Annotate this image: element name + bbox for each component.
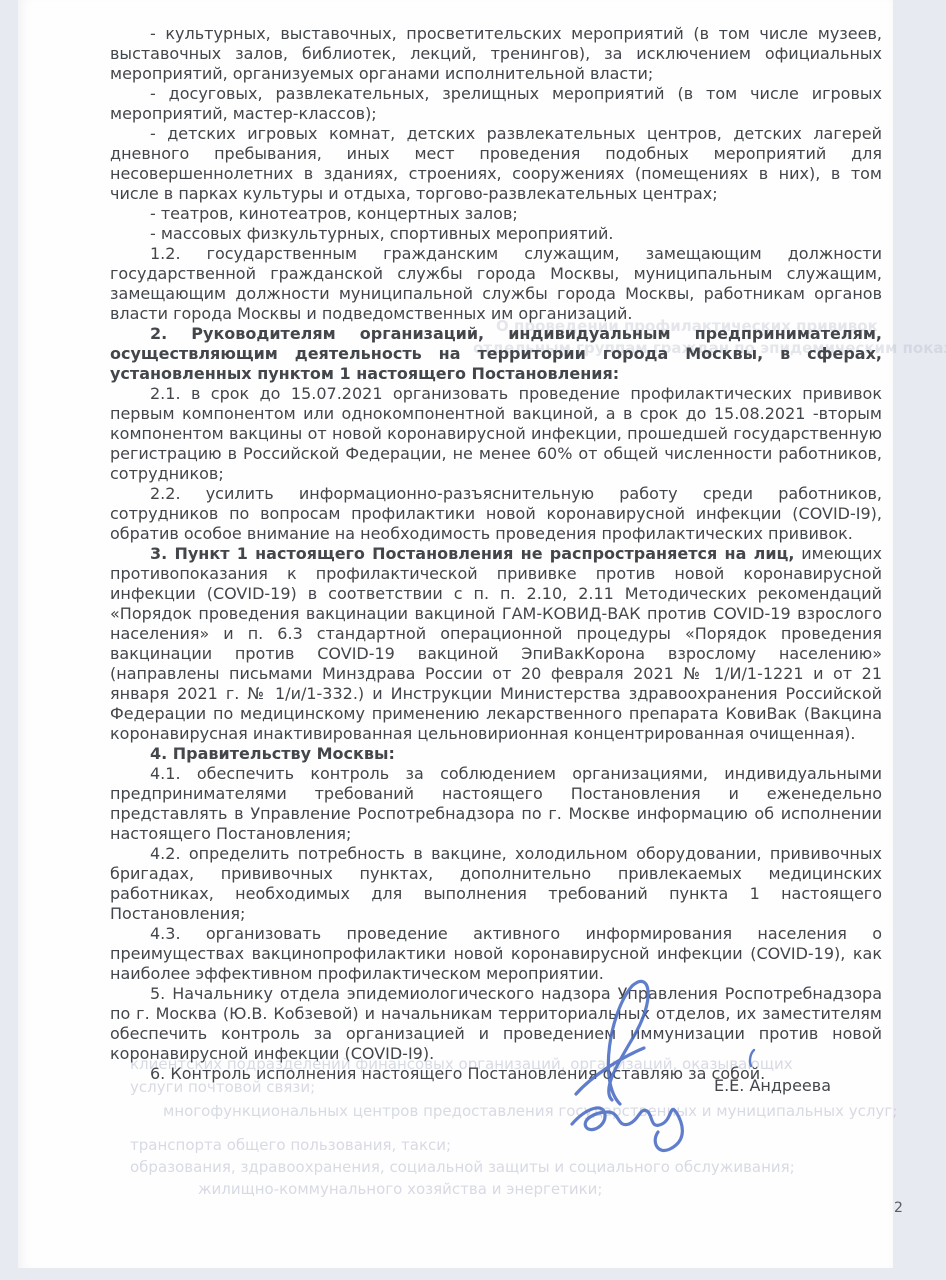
paragraph-4-heading: 4. Правительству Москвы: <box>110 744 882 764</box>
paragraph-2-2: 2.2. усилить информационно-разъяснительн… <box>110 484 882 544</box>
paragraph-list-theatres: - театров, кинотеатров, концертных залов… <box>110 204 882 224</box>
paragraph-list-children: - детских игровых комнат, детских развле… <box>110 124 882 204</box>
scanned-document-screenshot: { "colors": { "page_background": "#fefef… <box>0 0 946 1280</box>
paragraph-list-cultural: - культурных, выставочных, просветительс… <box>110 24 882 84</box>
paragraph-list-leisure: - досуговых, развлекательных, зрелищных … <box>110 84 882 124</box>
paragraph-3: 3. Пункт 1 настоящего Постановления не р… <box>110 544 882 744</box>
page-number: 2 <box>894 1200 903 1216</box>
paragraph-4-1: 4.1. обеспечить контроль за соблюдением … <box>110 764 882 844</box>
ghost-bleedthrough-line: жилищно-коммунального хозяйства и энерге… <box>198 1179 602 1199</box>
paragraph-3-rest: имеющих противопоказания к профилактичес… <box>110 544 882 743</box>
paragraph-list-sports: - массовых физкультурных, спортивных мер… <box>110 224 882 244</box>
paragraph-3-bold-lead: 3. Пункт 1 настоящего Постановления не р… <box>150 544 795 563</box>
paragraph-1-2: 1.2. государственным гражданским служащи… <box>110 244 882 324</box>
paragraph-2-1: 2.1. в срок до 15.07.2021 организовать п… <box>110 384 882 484</box>
ghost-bleedthrough-line: многофункциональных центров предоставлен… <box>163 1101 897 1121</box>
handwritten-signature-icon <box>558 972 768 1168</box>
document-body: - культурных, выставочных, просветительс… <box>110 24 882 1084</box>
paragraph-2-heading: 2. Руководителям организаций, индивидуал… <box>110 324 882 384</box>
document-page: О проведении профилактических прививок о… <box>18 0 893 1268</box>
ghost-bleedthrough-line: транспорта общего пользования, такси; <box>130 1135 451 1155</box>
paragraph-4-2: 4.2. определить потребность в вакцине, х… <box>110 844 882 924</box>
